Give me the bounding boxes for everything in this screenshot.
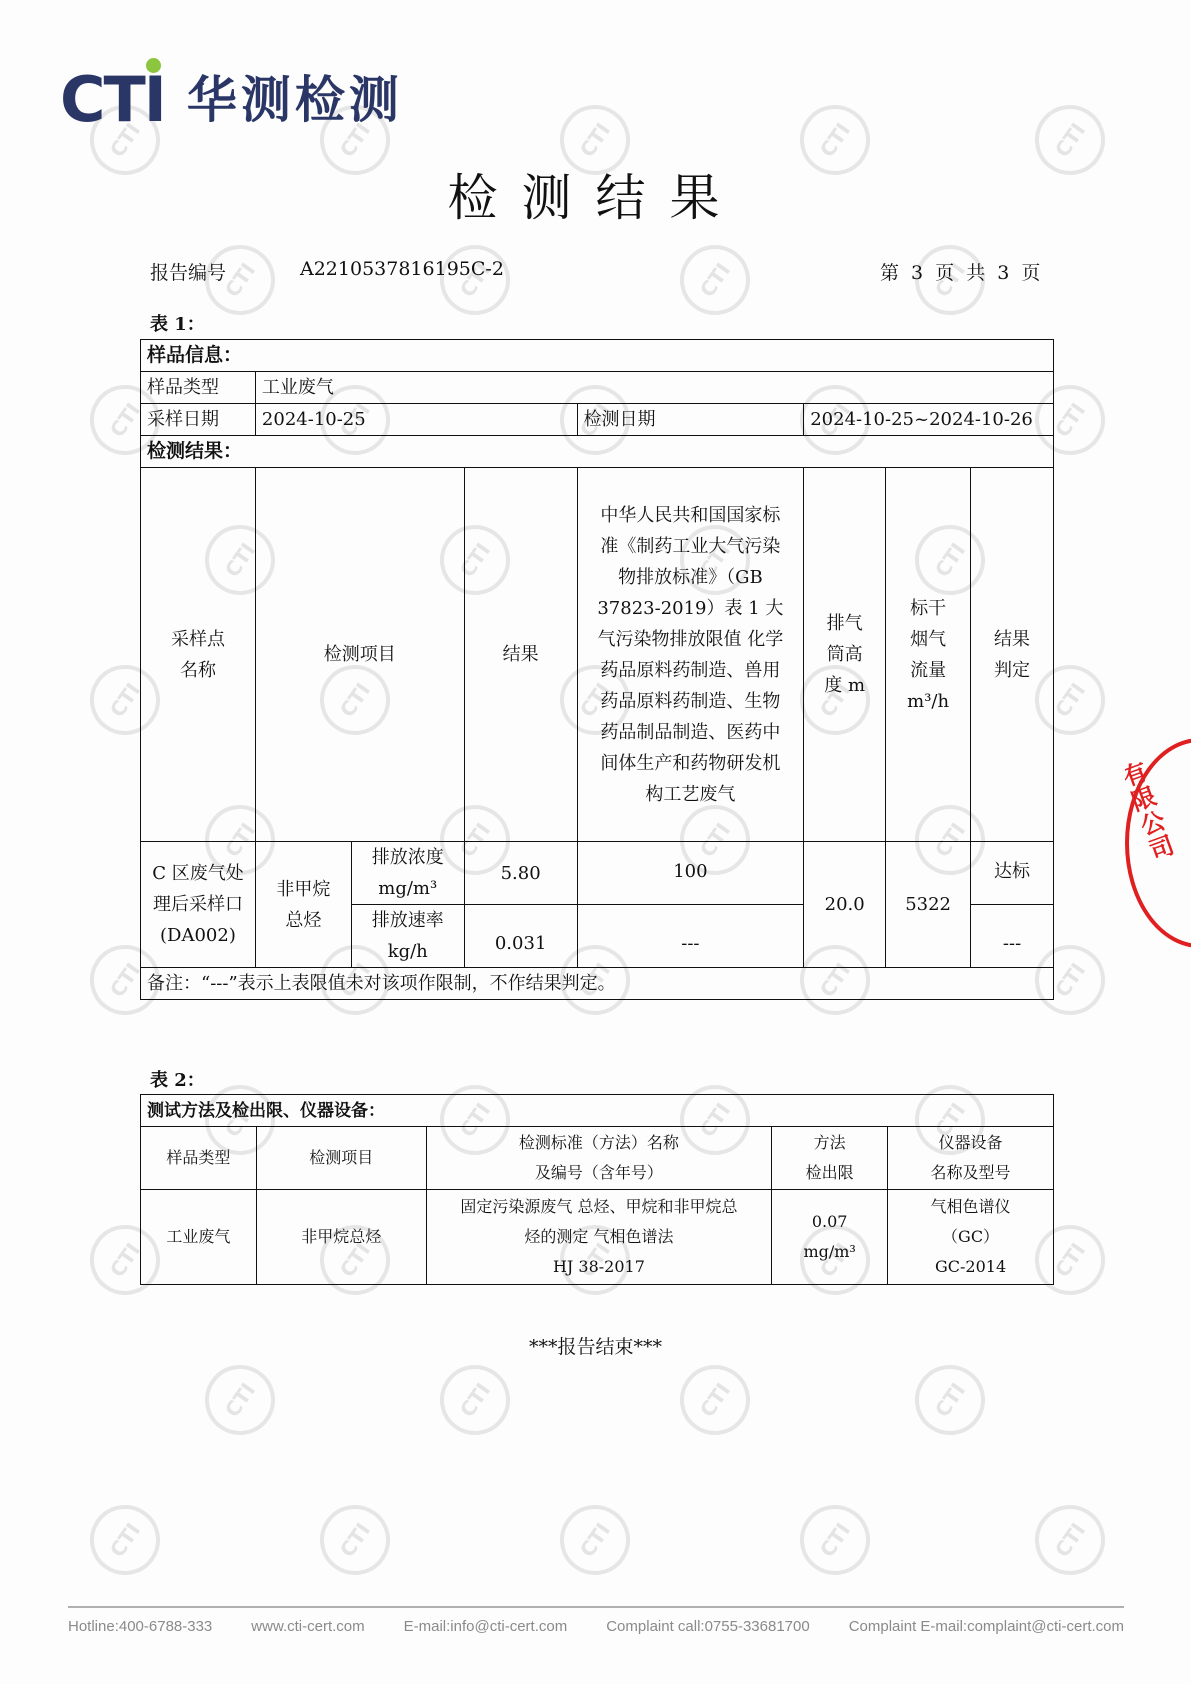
footer-hotline: Hotline:400-6788-333: [68, 1618, 212, 1635]
sample-type-label: 样品类型: [141, 372, 256, 404]
flow-rate-value: 5322: [886, 842, 971, 968]
results-table: 样品信息： 样品类型 工业废气 采样日期 2024-10-25 检测日期 202…: [140, 339, 1054, 1000]
footer-complaint-email[interactable]: Complaint E-mail:complaint@cti-cert.com: [849, 1618, 1124, 1635]
col-header-detection-limit: 方法 检出限: [772, 1127, 888, 1190]
table1-caption: 表 1：: [150, 310, 205, 336]
col-header-instrument: 仪器设备 名称及型号: [888, 1127, 1054, 1190]
methods-table: 测试方法及检出限、仪器设备： 样品类型 检测项目 检测标准（方法）名称 及编号（…: [140, 1094, 1054, 1285]
sampling-point-name: C 区废气处理后采样口(DA002): [141, 842, 256, 968]
standard-method-cell: 固定污染源废气 总烃、甲烷和非甲烷总 烃的测定 气相色谱法 HJ 38-2017: [426, 1190, 772, 1285]
methods-heading: 测试方法及检出限、仪器设备：: [141, 1095, 1054, 1127]
table-row: C 区废气处理后采样口(DA002) 非甲烷总烃 排放浓度 mg/m³ 5.80…: [141, 842, 1054, 905]
page-title: 检测结果: [0, 158, 1191, 230]
company-logo: CTI 华测检测: [60, 66, 403, 128]
cti-watermark-icon: CTI: [426, 231, 523, 328]
cti-watermark-icon: CTI: [666, 231, 763, 328]
col-header-judgment: 结果 判定: [971, 468, 1054, 842]
report-end-marker: ***报告结束***: [0, 1332, 1191, 1359]
test-item-name: 非甲烷总烃: [255, 842, 351, 968]
table2-caption: 表 2：: [150, 1066, 205, 1092]
col-header-test-item: 检测项目: [256, 1127, 426, 1190]
parameter-concentration: 排放浓度 mg/m³: [351, 842, 464, 905]
parameter-emission-rate: 排放速率 kg/h: [351, 905, 464, 968]
judgment-emission-rate: ---: [971, 905, 1054, 968]
detection-limit-value: 0.07: [778, 1207, 881, 1237]
limit-emission-rate: ---: [577, 905, 804, 968]
sampling-date-label: 采样日期: [141, 404, 256, 436]
table1-note: 备注：“---”表示上表限值未对该项作限制，不作结果判定。: [141, 968, 1054, 1000]
instrument-line-3: GC-2014: [894, 1252, 1047, 1282]
footer-email[interactable]: E-mail:info@cti-cert.com: [404, 1618, 568, 1635]
cti-watermark-icon: CTI: [666, 1351, 763, 1448]
cti-watermark-icon: CTI: [191, 1351, 288, 1448]
instrument-line-1: 气相色谱仪: [894, 1192, 1047, 1222]
result-concentration: 5.80: [464, 842, 577, 905]
col-header-test-item: 检测项目: [255, 468, 464, 842]
page-indicator: 第 3 页 共 3 页: [880, 258, 1043, 285]
footer-complaint-call: Complaint call:0755-33681700: [606, 1618, 809, 1635]
instrument-line-2: （GC）: [894, 1222, 1047, 1252]
report-number-label: 报告编号: [150, 258, 226, 285]
logo-chinese: 华测检测: [187, 72, 403, 128]
stack-height-value: 20.0: [804, 842, 886, 968]
col-header-sample-type: 样品类型: [141, 1127, 257, 1190]
report-number: A2210537816195C-2: [300, 258, 504, 280]
test-item-cell: 非甲烷总烃: [256, 1190, 426, 1285]
company-seal: 有限公司: [1125, 730, 1191, 960]
footer-website[interactable]: www.cti-cert.com: [251, 1618, 364, 1635]
footer: Hotline:400-6788-333 www.cti-cert.com E-…: [68, 1618, 1124, 1635]
standard-line-1: 固定污染源废气 总烃、甲烷和非甲烷总: [433, 1192, 766, 1222]
cti-watermark-icon: CTI: [1021, 1491, 1118, 1588]
cti-watermark-icon: CTI: [306, 1491, 403, 1588]
col-header-flow-rate: 标干 烟气 流量 m³/h: [886, 468, 971, 842]
results-heading: 检测结果：: [141, 436, 1054, 468]
detection-limit-unit: mg/m³: [778, 1237, 881, 1267]
test-date-label: 检测日期: [577, 404, 804, 436]
limit-concentration: 100: [577, 842, 804, 905]
sample-info-heading: 样品信息：: [141, 340, 1054, 372]
cti-watermark-icon: CTI: [426, 1351, 523, 1448]
logo-latin-text: CTI: [60, 63, 165, 136]
col-header-result: 结果: [464, 468, 577, 842]
detection-limit-cell: 0.07 mg/m³: [772, 1190, 888, 1285]
cti-watermark-icon: CTI: [546, 1491, 643, 1588]
col-header-standard-method: 检测标准（方法）名称 及编号（含年号）: [426, 1127, 772, 1190]
sample-type-value: 工业废气: [255, 372, 1053, 404]
test-date-value: 2024-10-25~2024-10-26: [804, 404, 1054, 436]
judgment-concentration: 达标: [971, 842, 1054, 905]
table-row: 工业废气 非甲烷总烃 固定污染源废气 总烃、甲烷和非甲烷总 烃的测定 气相色谱法…: [141, 1190, 1054, 1285]
sample-type-cell: 工业废气: [141, 1190, 257, 1285]
logo-dot-icon: [146, 58, 161, 73]
col-header-sampling-point: 采样点 名称: [141, 468, 256, 842]
instrument-cell: 气相色谱仪 （GC） GC-2014: [888, 1190, 1054, 1285]
standard-line-2: 烃的测定 气相色谱法: [433, 1222, 766, 1252]
col-header-stack-height: 排气 筒高 度 m: [804, 468, 886, 842]
standard-line-3: HJ 38-2017: [433, 1252, 766, 1282]
cti-watermark-icon: CTI: [901, 1351, 998, 1448]
sampling-date-value: 2024-10-25: [255, 404, 577, 436]
cti-watermark-icon: CTI: [786, 1491, 883, 1588]
result-emission-rate: 0.031: [464, 905, 577, 968]
footer-divider: [68, 1606, 1124, 1608]
logo-latin: CTI: [60, 72, 165, 128]
col-header-standard-limit: 中华人民共和国国家标准《制药工业大气污染物排放标准》（GB 37823-2019…: [577, 468, 804, 842]
cti-watermark-icon: CTI: [76, 1491, 173, 1588]
